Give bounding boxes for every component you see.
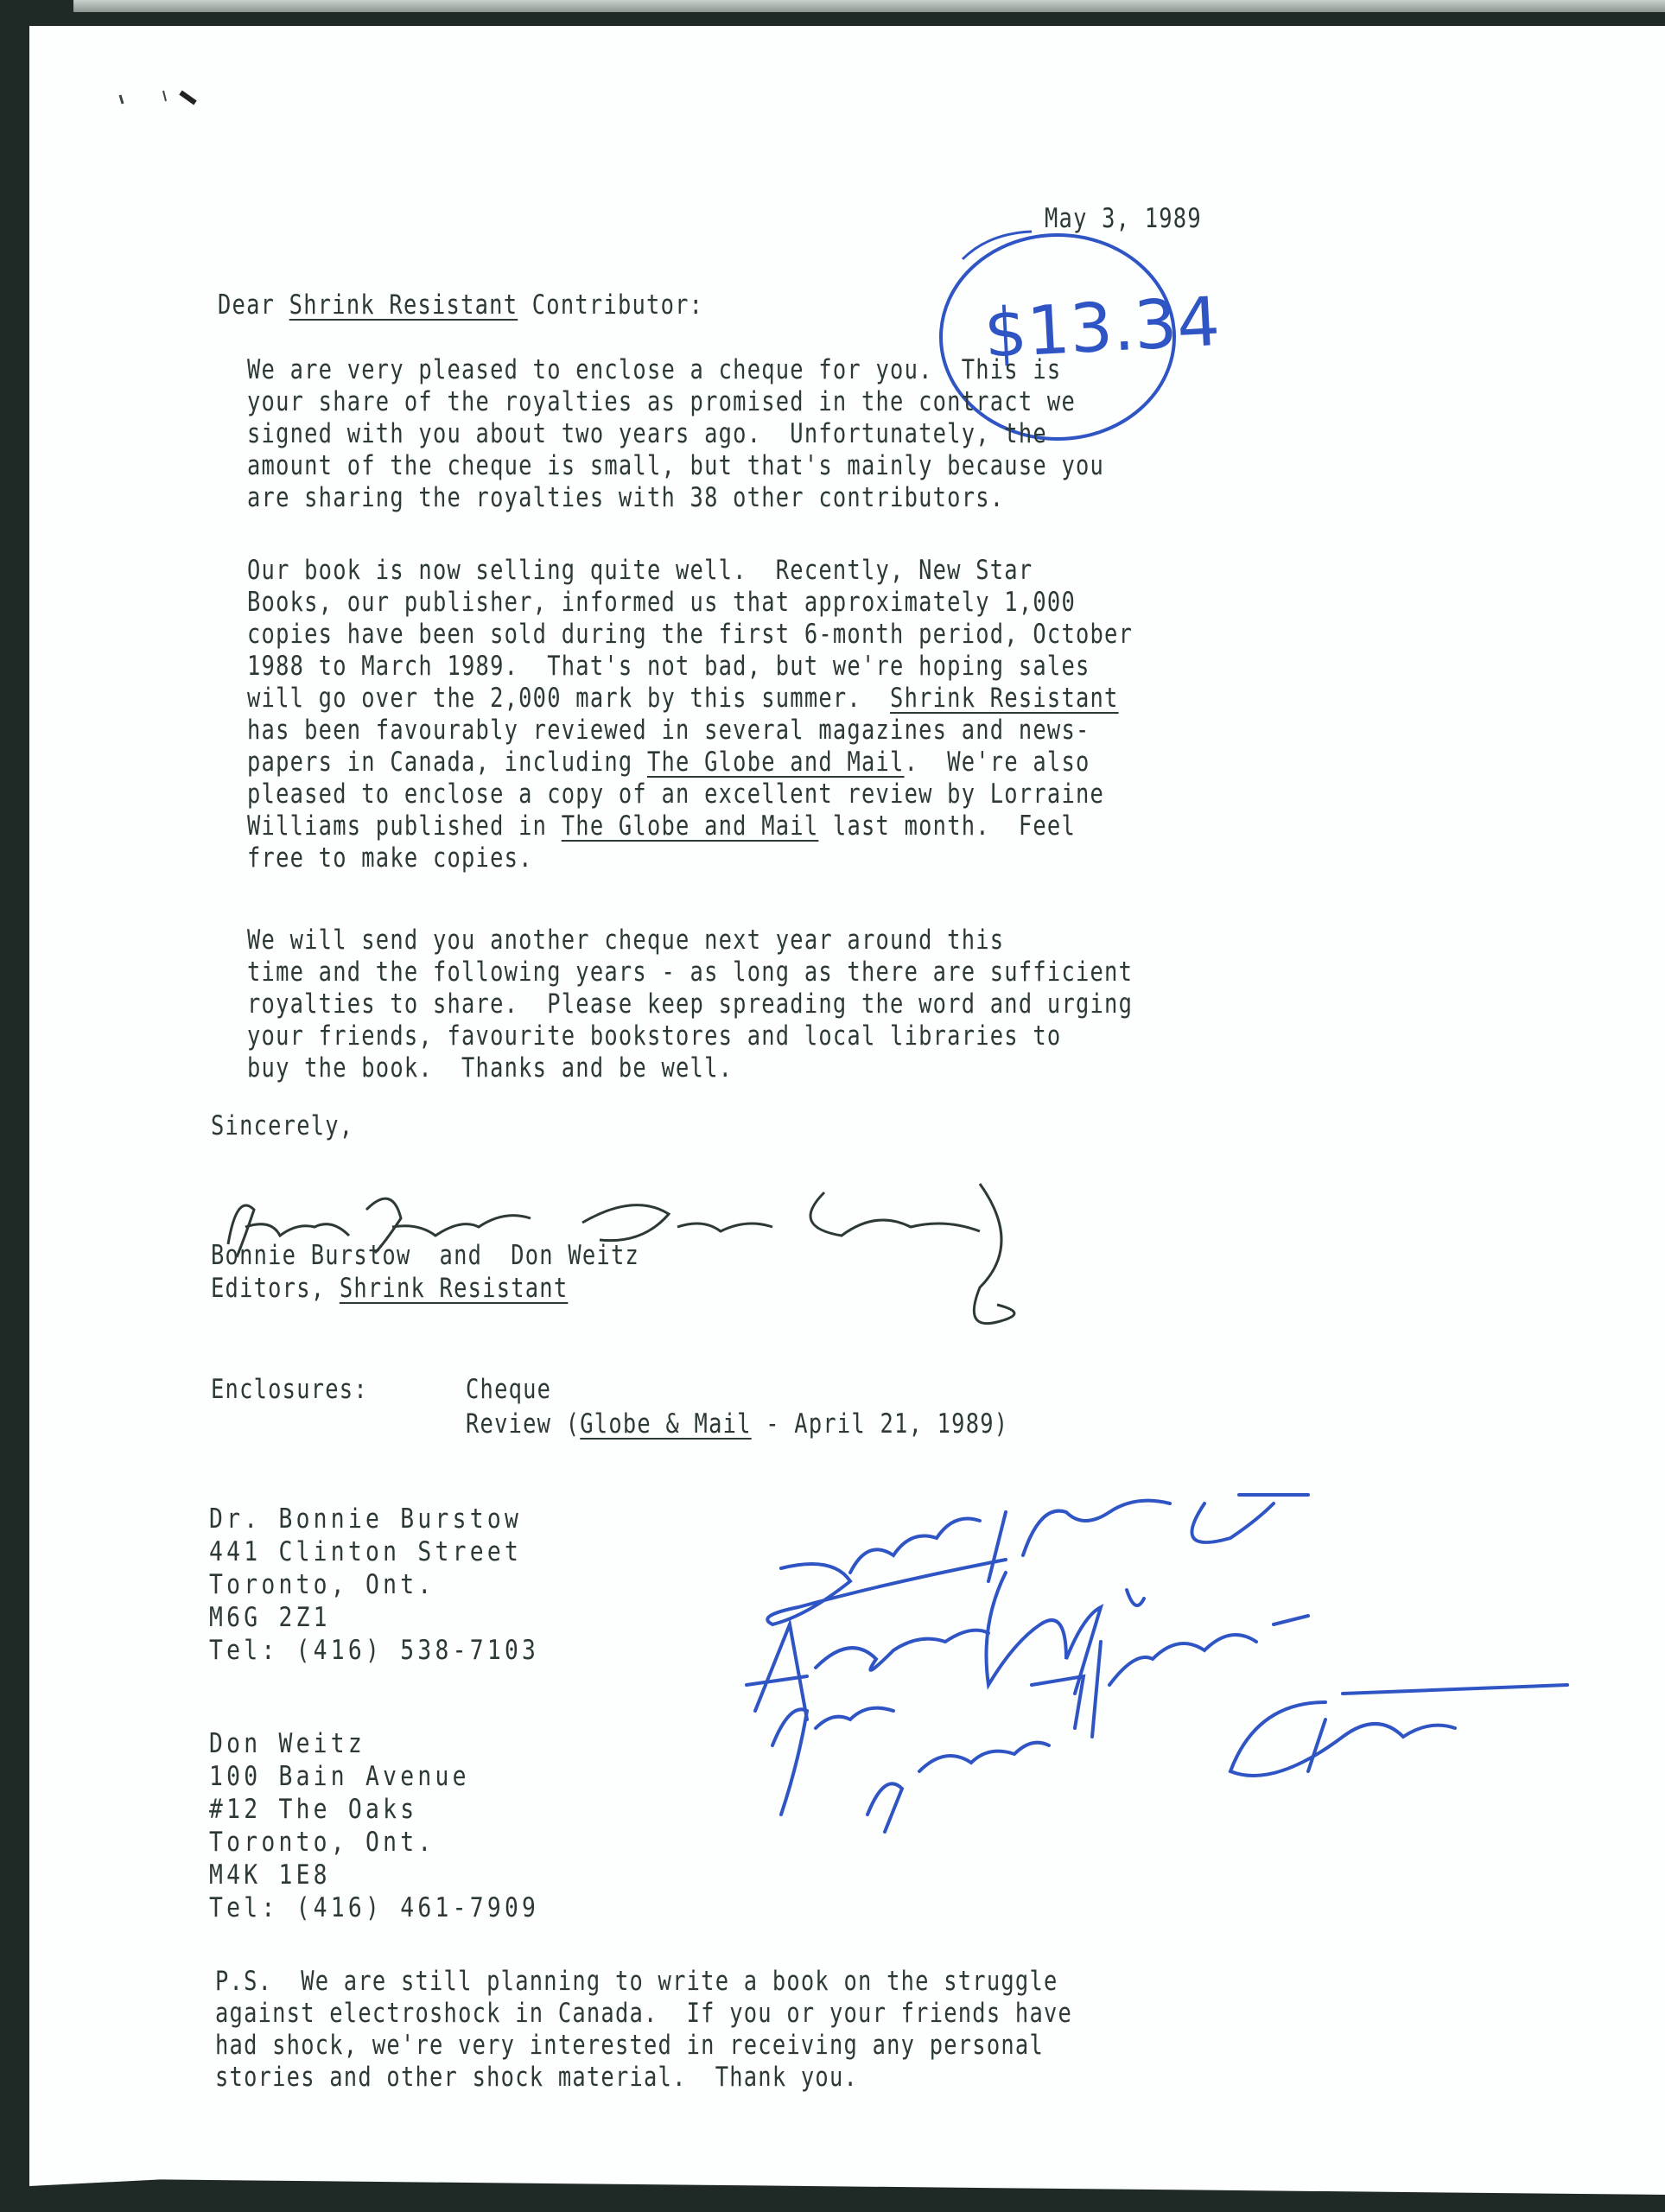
paragraph-1-line: are sharing the royalties with 38 other … (247, 482, 1004, 515)
paragraph-3-line: time and the following years - as long a… (247, 957, 1133, 989)
newspaper-title: Globe & Mail (580, 1408, 751, 1440)
address-line: Don Weitz (209, 1728, 365, 1761)
postscript-line: stories and other shock material. Thank … (215, 2062, 858, 2094)
paragraph-2-line: will go over the 2,000 mark by this summ… (247, 683, 1119, 715)
paragraph-2-line: papers in Canada, including The Globe an… (247, 747, 1090, 779)
salutation-suffix: Contributor: (518, 289, 703, 321)
closing: Sincerely, (211, 1110, 353, 1143)
scanner-top-edge (73, 0, 1665, 12)
enclosure-item-review: Review (Globe & Mail - April 21, 1989) (466, 1408, 1008, 1441)
address-line: M4K 1E8 (209, 1859, 331, 1892)
book-title: Shrink Resistant (340, 1273, 569, 1304)
postscript-line: against electroshock in Canada. If you o… (215, 1998, 1072, 2031)
paragraph-2-line: has been favourably reviewed in several … (247, 715, 1090, 747)
address-line: Toronto, Ont. (209, 1827, 435, 1859)
enclosure-item-cheque: Cheque (466, 1374, 551, 1407)
postscript-line: P.S. We are still planning to write a bo… (215, 1966, 1058, 1999)
newspaper-title: The Globe and Mail (562, 810, 819, 842)
line-text: Review ( (466, 1408, 580, 1440)
book-title: Shrink Resistant (289, 289, 518, 321)
address-line: M6G 2Z1 (209, 1602, 331, 1635)
enclosures-label: Enclosures: (211, 1374, 368, 1407)
paragraph-3-line: We will send you another cheque next yea… (247, 925, 1004, 957)
paragraph-1-line: amount of the cheque is small, but that'… (247, 450, 1104, 483)
paragraph-3-line: buy the book. Thanks and be well. (247, 1052, 733, 1085)
line-text: Williams published in (247, 810, 562, 842)
line-text: . We're also (905, 747, 1090, 778)
address-line: Tel: (416) 461-7909 (209, 1892, 539, 1925)
line-text: last month. Feel (818, 810, 1076, 842)
letter-page: May 3, 1989 Dear Shrink Resistant Contri… (29, 26, 1665, 2195)
paragraph-2-line: pleased to enclose a copy of an excellen… (247, 779, 1104, 811)
salutation: Dear Shrink Resistant Contributor: (218, 289, 703, 322)
paragraph-2-line: 1988 to March 1989. That's not bad, but … (247, 651, 1090, 683)
handwritten-note-icon: David, Thanks a lot. A special book you … (721, 1486, 1585, 1875)
paragraph-1-line: signed with you about two years ago. Unf… (247, 418, 1047, 451)
paragraph-2-line: copies have been sold during the first 6… (247, 619, 1133, 652)
paragraph-2-line: free to make copies. (247, 842, 533, 875)
signatories: Bonnie Burstow and Don Weitz (211, 1240, 639, 1273)
line-text: papers in Canada, including (247, 747, 647, 778)
paragraph-3-line: your friends, favourite bookstores and l… (247, 1020, 1061, 1053)
editors-line: Editors, Shrink Resistant (211, 1273, 568, 1306)
paragraph-2-line: Books, our publisher, informed us that a… (247, 587, 1076, 620)
staple-holes-icon (116, 73, 219, 108)
paragraph-1-line: your share of the royalties as promised … (247, 386, 1076, 419)
book-title: Shrink Resistant (890, 683, 1119, 714)
paragraph-2-line: Williams published in The Globe and Mail… (247, 810, 1076, 843)
salutation-prefix: Dear (218, 289, 289, 321)
paragraph-3-line: royalties to share. Please keep spreadin… (247, 988, 1133, 1021)
paragraph-1-line: We are very pleased to enclose a cheque … (247, 354, 1061, 387)
address-line: 100 Bain Avenue (209, 1761, 470, 1794)
paragraph-2-line: Our book is now selling quite well. Rece… (247, 555, 1033, 588)
postscript-line: had shock, we're very interested in rece… (215, 2030, 1044, 2063)
address-line: 441 Clinton Street (209, 1536, 522, 1569)
address-line: Dr. Bonnie Burstow (209, 1503, 522, 1536)
address-line: Toronto, Ont. (209, 1569, 435, 1602)
address-line: #12 The Oaks (209, 1794, 417, 1827)
line-text: Editors, (211, 1273, 340, 1304)
line-text: - April 21, 1989) (752, 1408, 1009, 1440)
line-text: will go over the 2,000 mark by this summ… (247, 683, 890, 714)
newspaper-title: The Globe and Mail (647, 747, 905, 778)
address-line: Tel: (416) 538-7103 (209, 1635, 539, 1668)
